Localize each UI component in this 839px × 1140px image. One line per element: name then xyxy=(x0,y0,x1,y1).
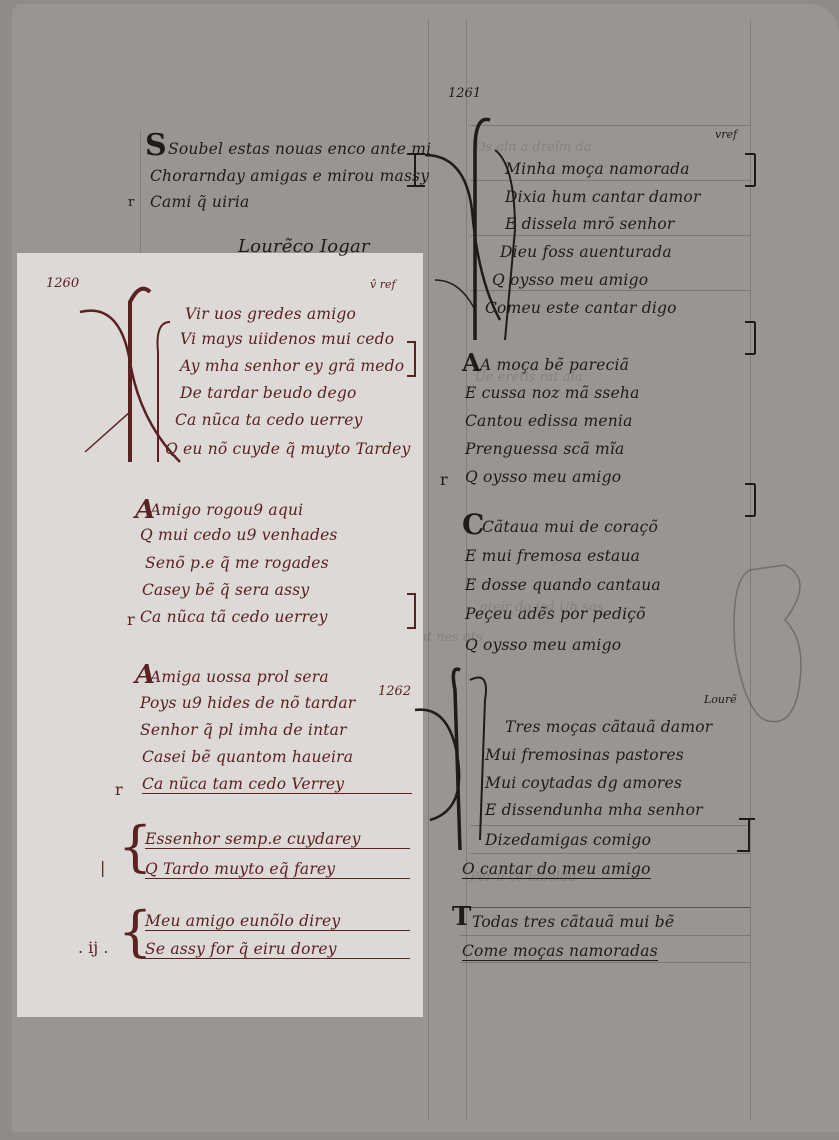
margin-note: v̂ ref xyxy=(370,278,396,291)
initial-S: S xyxy=(145,128,167,163)
poem-1261-s1-line-1: Minha moça namorada xyxy=(505,160,690,178)
poem-1262-s1-line-6: O cantar do meu amigo xyxy=(462,860,651,879)
poem-1260-s3-line-4: Casei bẽ quantom haueira xyxy=(142,748,353,766)
poem-1260-s2-line-4: Casey bẽ q̃ sera assy xyxy=(142,581,309,599)
poem-1262-s1-line-4: E dissendunha mha senhor xyxy=(485,801,703,819)
poem-1261-s1-line-3: E dissela mrõ senhor xyxy=(505,215,675,233)
poem-1262-s1-line-2: Mui fremosinas pastores xyxy=(485,746,684,764)
poem-1260-s3-line-5: Ca nũca tam cedo Verrey xyxy=(142,775,412,794)
folio-number-1262: 1262 xyxy=(378,684,411,699)
bracket-mark xyxy=(735,150,759,190)
poem-1261-s2-line-1: A moça bẽ pareciã xyxy=(480,356,629,374)
bracket-mark xyxy=(405,150,429,190)
poem-1262-s1-line-3: Mui coytadas dg amores xyxy=(485,774,682,792)
bracket-mark xyxy=(405,592,425,632)
margin-mark: | xyxy=(100,858,105,877)
poem-1261-s1-line-5: Q oysso meu amigo xyxy=(492,271,648,289)
initial-A: A xyxy=(462,348,481,377)
poem-1261-s2-line-3: Cantou edissa menia xyxy=(465,412,633,430)
margin-mark: . ij . xyxy=(78,938,108,957)
ruling-line xyxy=(460,962,750,963)
poem-1262-s1-line-1: Tres moças cãtauã damor xyxy=(505,718,712,736)
poem-1260-s3-line-1: Amiga uossa prol sera xyxy=(150,668,329,686)
poem-1260-s3-line-2: Poys u9 hides de nõ tardar xyxy=(140,694,355,712)
ruling-line xyxy=(460,907,750,908)
poem-1260-s1-line-2: Vi mays uiidenos mui cedo xyxy=(180,330,394,348)
poem-1262-s2-line-1: Todas tres cãtauã mui bẽ xyxy=(472,913,674,931)
poem-1260-s2-line-1-text: Amigo rogou9 aqui xyxy=(150,501,303,519)
poem-1260-s2-line-2: Q mui cedo u9 venhades xyxy=(140,526,338,544)
margin-sketch xyxy=(725,560,825,760)
top-stanza-line-3: Cami q̃ uiria xyxy=(150,193,249,211)
poem-1260-s2-line-3: Senõ p.e q̃ me rogades xyxy=(145,554,329,572)
poem-1260-s3-line-3: Senhor q̃ pl imha de intar xyxy=(140,721,347,739)
top-stanza-line-1: Soubel estas nouas enco ante mi xyxy=(168,140,431,158)
bracket-mark xyxy=(735,318,759,358)
poem-1261-s1-line-2: Dixia hum cantar damor xyxy=(505,188,701,206)
folio-number-1261: 1261 xyxy=(448,86,481,101)
margin-mark: r xyxy=(127,610,135,629)
poem-1260-s1-line-6: Q eu nõ cuyde q̃ muyto Tardey xyxy=(165,440,410,458)
poem-1261-s2-line-4: Prenguessa scã mĩa xyxy=(465,440,624,458)
margin-mark: r xyxy=(115,780,123,799)
bracket-mark xyxy=(735,815,759,855)
margin-note: Lourẽ xyxy=(704,693,737,706)
top-stanza-line-2: Chorarnday amigas e mirou massy xyxy=(150,167,429,185)
poem-1260-finda1-line-2: Q Tardo muyto eq̃ farey xyxy=(145,860,410,879)
poem-1260-s1-line-4: De tardar beudo dego xyxy=(180,384,357,402)
author-heading: Lourẽco Iogar xyxy=(238,236,370,257)
initial-T: T xyxy=(452,902,471,932)
poem-1261-s3-line-2: E mui fremosa estaua xyxy=(465,547,640,565)
initial-C: C xyxy=(462,508,484,541)
poem-1261-s3-line-4: Peçeu adẽs por pediçõ xyxy=(465,605,646,623)
poem-1261-s3-line-1: Cãtaua mui de coraçõ xyxy=(482,518,658,536)
poem-1260-finda1-line-1: Essenhor semp.e cuydarey xyxy=(145,830,410,849)
poem-1261-s2-line-5: Q oysso meu amigo xyxy=(465,468,621,486)
poem-1260-finda2-line-1: Meu amigo eunõlo direy xyxy=(145,912,410,931)
poem-1260-s1-line-5: Ca nũca ta cedo uerrey xyxy=(175,411,363,429)
poem-1260-s2-line-5: Ca nũca tã cedo uerrey xyxy=(140,608,328,626)
poem-1262-s2-line-2: Come moças namoradas xyxy=(462,942,658,961)
ruling-line xyxy=(460,935,750,936)
poem-1260-s1-line-1: Vir uos gredes amigo xyxy=(185,305,356,323)
poem-1262-s1-line-5: Dizedamigas comigo xyxy=(485,831,651,849)
poem-1261-s1-line-4: Dieu foss auenturada xyxy=(500,243,672,261)
margin-mark: r xyxy=(128,195,134,210)
bracket-mark xyxy=(735,480,759,520)
poem-1261-s1-line-6: Comeu este cantar digo xyxy=(485,299,677,317)
poem-1260-finda2-line-2: Se assy for q̃ eiru dorey xyxy=(145,940,410,959)
poem-1261-s3-line-5: Q oysso meu amigo xyxy=(465,636,621,654)
margin-mark: r xyxy=(440,470,448,489)
decorated-initial-V xyxy=(70,272,190,492)
poem-1261-s2-line-2: E cussa noz mã sseha xyxy=(465,384,640,402)
poem-1261-s3-line-3: E dosse quando cantaua xyxy=(465,576,661,594)
poem-1260-s1-line-3: Ay mha senhor ey grã medo xyxy=(180,357,404,375)
margin-note: vref xyxy=(715,128,737,141)
